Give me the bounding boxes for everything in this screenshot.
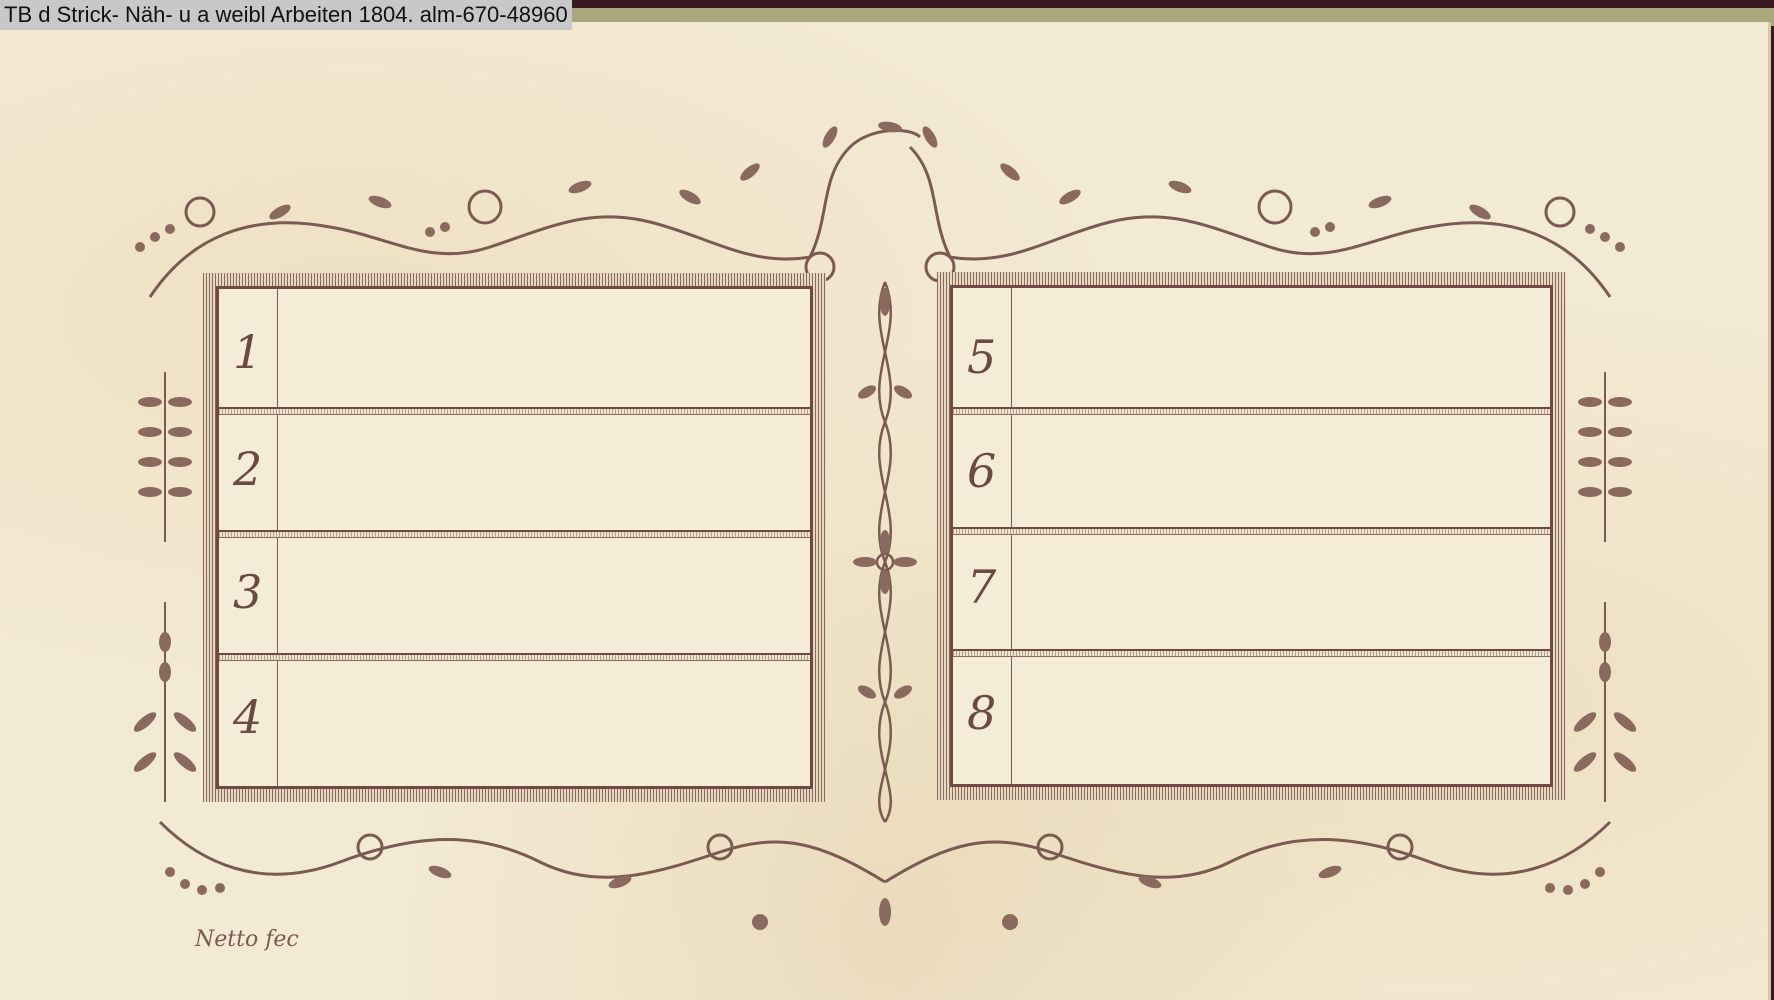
row-number: 2 [233,446,262,492]
row-number: 5 [967,334,996,380]
table-row: 5 [953,288,1550,408]
floral-garland-bottom-icon [140,802,1630,952]
leaf-sprig-left-icon [125,362,205,822]
right-table-frame: 5 6 7 8 [937,272,1566,800]
left-table-grid: 1 2 3 4 [216,286,813,789]
table-row: 3 [219,535,810,655]
engraved-page: 1 2 3 4 5 6 7 8 Netto fec [0,22,1771,1000]
table-row: 7 [953,532,1550,652]
engraver-signature: Netto fec [195,927,299,952]
table-row: 8 [953,654,1550,774]
table-row: 2 [219,412,810,532]
table-row: 4 [219,658,810,778]
row-number: 3 [233,569,262,615]
image-caption: TB d Strick- Näh- u a weibl Arbeiten 180… [0,0,572,30]
table-row: 1 [219,289,810,409]
row-number: 7 [967,564,996,610]
row-number: 8 [967,690,996,736]
row-number: 1 [233,329,262,375]
vine-center-column-icon [835,272,935,832]
leaf-sprig-right-icon [1565,362,1645,822]
table-row: 6 [953,412,1550,532]
row-number: 6 [967,448,996,494]
row-number: 4 [233,694,262,740]
right-table-grid: 5 6 7 8 [950,285,1553,787]
left-table-frame: 1 2 3 4 [203,273,826,802]
